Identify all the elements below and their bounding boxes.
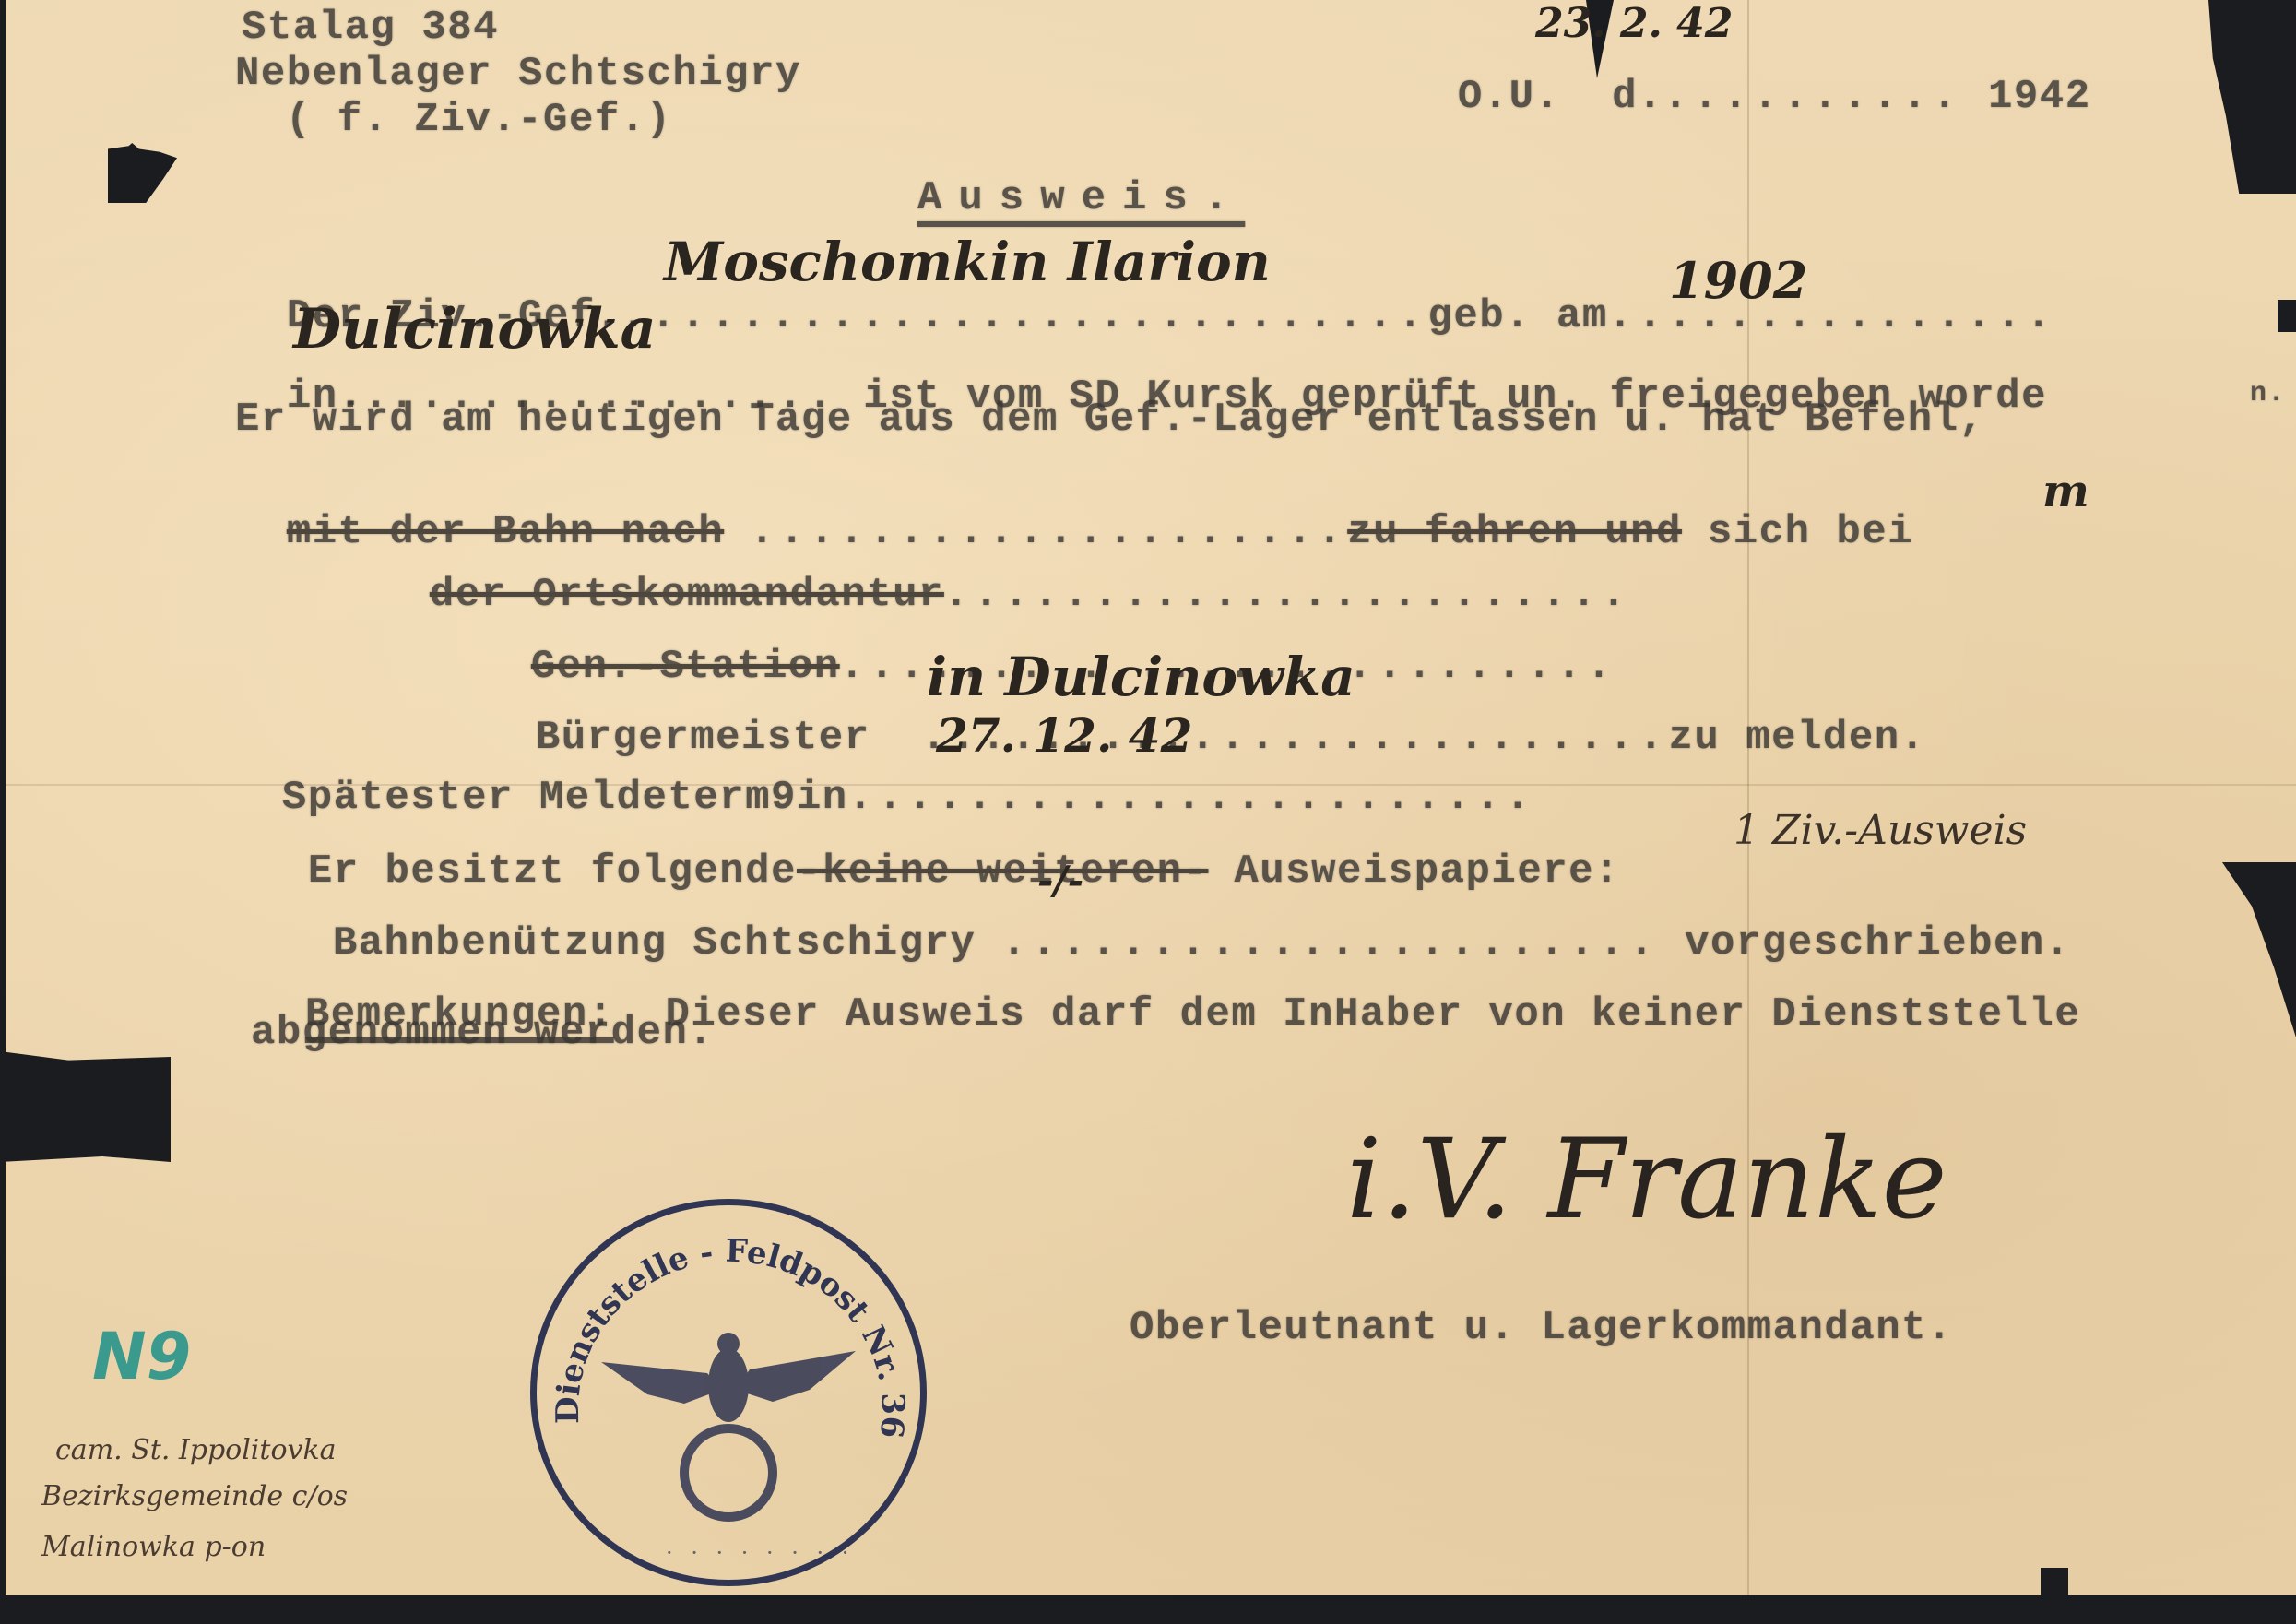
tear-left-middle <box>0 1051 171 1162</box>
origin-place: Dulcinowka <box>293 297 657 362</box>
papers-handwritten: 1 Ziv.-Ausweis <box>1734 807 2027 854</box>
date-handwritten: 23. 2. 42 <box>1535 0 1733 47</box>
eagle-emblem-icon <box>601 1333 856 1517</box>
paper-fold-vertical <box>1747 0 1749 1595</box>
railway-handwritten: -/- <box>1037 858 1083 903</box>
archive-note-line-3: Malinowka p-on <box>41 1531 266 1563</box>
header-sublager: Nebenlager Schtschigry <box>235 51 801 97</box>
left-edge-strip <box>0 0 6 1595</box>
date-prefix: O.U. d........... 1942 <box>1406 28 2091 120</box>
signature: i.V. Franke <box>1346 1116 1947 1244</box>
buergermeister-place: in Dulcinowka <box>927 646 1355 708</box>
hole-right-edge <box>2278 300 2296 332</box>
official-stamp: Dienststelle - Feldpost Nr. 36222 · · · … <box>530 1199 927 1586</box>
header-category: ( f. Ziv.-Gef.) <box>286 97 672 143</box>
line2-suffix: n. <box>2250 378 2286 409</box>
torn-bottom-edge <box>0 1595 2296 1624</box>
line-release: Er wird am heutigen Tage aus dem Gef.-La… <box>235 397 1985 443</box>
svg-text:· · · · · · · ·: · · · · · · · · <box>666 1540 854 1566</box>
archive-note-line-2: Bezirksgemeinde c/os <box>41 1480 348 1512</box>
stamp-svg: Dienststelle - Feldpost Nr. 36222 · · · … <box>537 1205 920 1580</box>
tear-bottom-right <box>2041 1568 2068 1624</box>
handwritten-m: m <box>2042 466 2089 517</box>
signature-title: Oberleutnant u. Lagerkommandant. <box>1130 1305 1953 1351</box>
stamp-bottom-text: · · · · · · · · <box>666 1540 854 1566</box>
detainee-name: Moschomkin Ilarion <box>664 231 1271 293</box>
remarks-line-2: abgenommen werden. <box>251 1010 714 1056</box>
archive-number-mark: N9 <box>92 1319 191 1394</box>
deadline-date: 27. 12. 42 <box>936 708 1192 763</box>
birth-year: 1902 <box>1669 251 1807 310</box>
document-title: Ausweis. <box>917 175 1245 221</box>
archive-note-line-1: cam. St. Ippolitovka <box>55 1434 337 1466</box>
header-camp: Stalag 384 <box>242 5 499 51</box>
